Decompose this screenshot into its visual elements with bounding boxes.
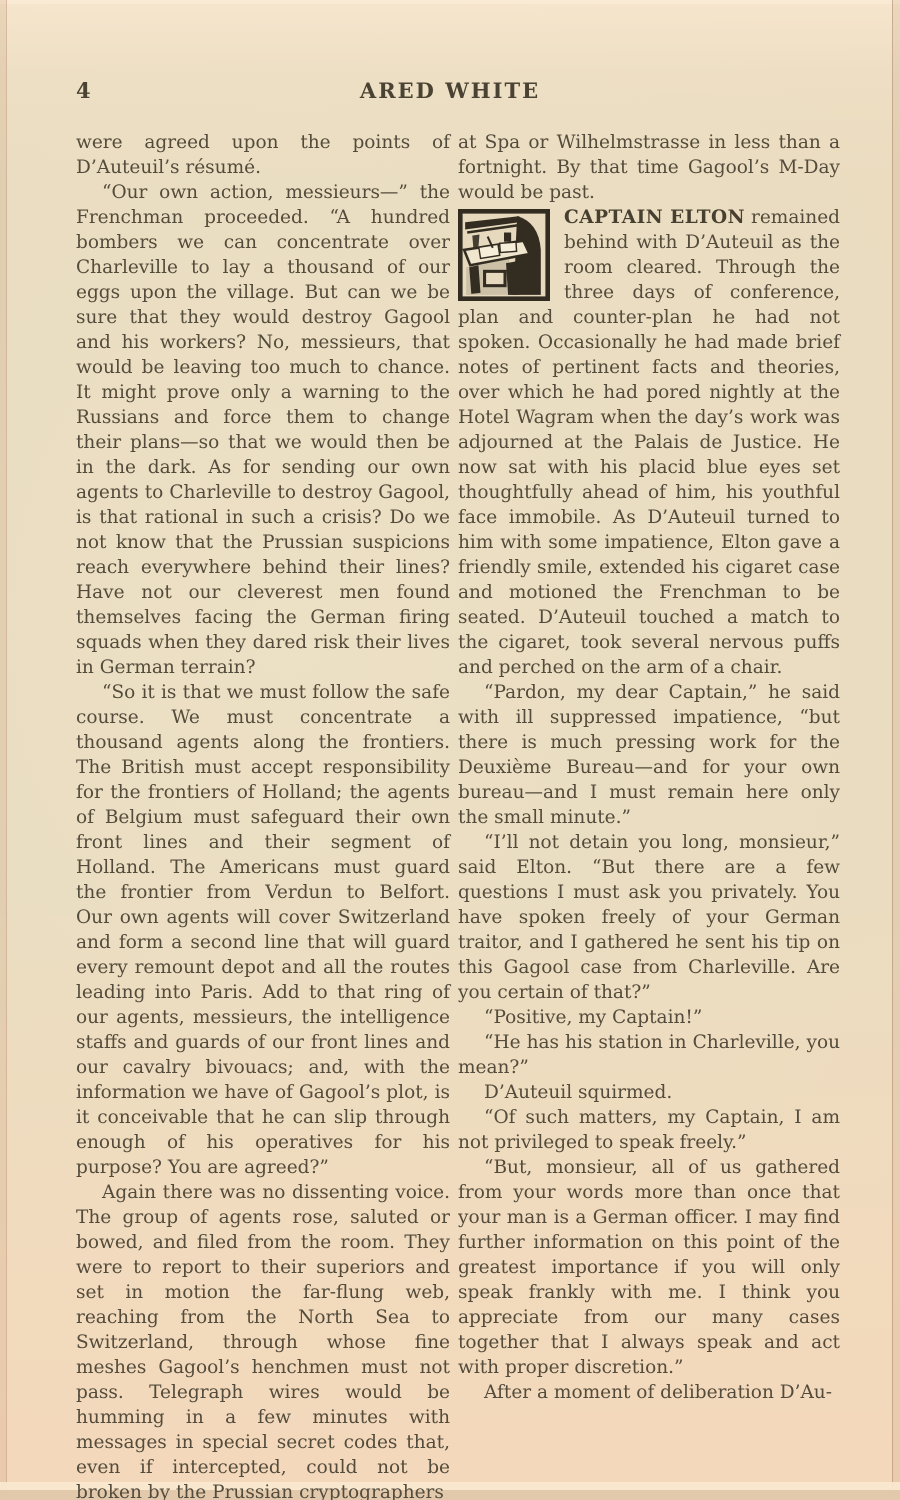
scan-edge-top <box>0 0 900 4</box>
paragraph: at Spa or Wilhelmstrasse in less than a … <box>458 130 840 205</box>
paragraph: “Pardon, my dear Captain,” he said with … <box>458 680 840 830</box>
paragraph: “Our own action, messieurs—” the Frenchm… <box>76 180 450 680</box>
paragraph: “Positive, my Captain!” <box>458 1005 840 1030</box>
paragraph: D’Auteuil squirmed. <box>458 1080 840 1105</box>
paragraph: “I’ll not detain you long, monsieur,” sa… <box>458 830 840 1005</box>
paragraph: After a moment of deliberation D’Au- <box>458 1380 840 1405</box>
paragraph: “Of such matters, my Captain, I am not p… <box>458 1105 840 1155</box>
left-text-column: were agreed upon the points of D’Auteuil… <box>76 130 450 1500</box>
paragraph: were agreed upon the points of D’Auteuil… <box>76 130 450 180</box>
paragraph: “He has his station in Charleville, you … <box>458 1030 840 1080</box>
section-lead-in: CAPTAIN ELTON <box>564 207 745 228</box>
paragraph: “So it is that we must follow the safe c… <box>76 680 450 1180</box>
chapter-section-opening: CAPTAIN ELTON remained behind with D’Aut… <box>458 205 840 680</box>
paragraph: Again there was no dissenting voice. The… <box>76 1180 450 1500</box>
desk-woodcut-illustration <box>458 209 550 301</box>
right-text-column: at Spa or Wilhelmstrasse in less than a … <box>458 130 840 1405</box>
running-header: ARED WHITE <box>0 78 900 103</box>
book-page-scan: 4 ARED WHITE were agreed upon the points… <box>0 0 900 1500</box>
paragraph: “But, monsieur, all of us gathered from … <box>458 1155 840 1380</box>
scan-edge-right <box>892 0 900 1500</box>
scan-edge-left <box>0 0 7 1500</box>
